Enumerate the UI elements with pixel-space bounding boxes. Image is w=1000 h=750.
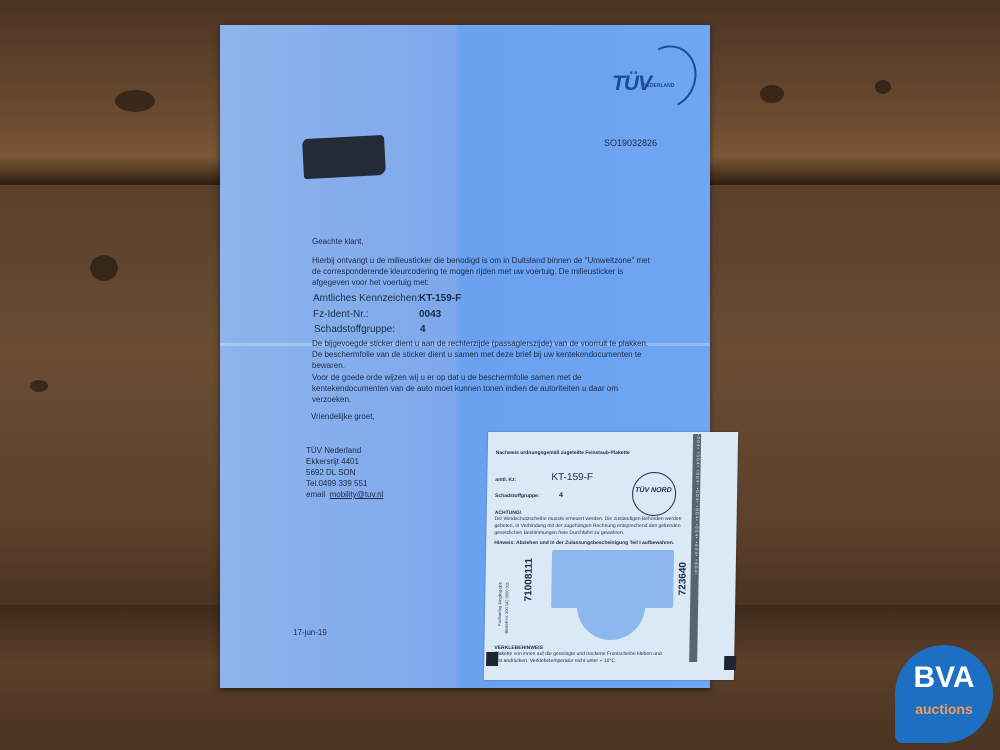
email-label: email bbox=[306, 490, 325, 499]
field-value-schadstoffgruppe: 4 bbox=[420, 324, 426, 335]
instructions-line: fest andrücken. Verklebetemperatur nicht… bbox=[494, 658, 661, 665]
instructions-text: Plakette von innen auf die gereinigte un… bbox=[494, 651, 662, 665]
reference-number: SO19032826 bbox=[604, 138, 657, 149]
tuv-nord-logo: TÜV NORD bbox=[632, 472, 677, 516]
bva-logo-subtext: auctions bbox=[895, 701, 993, 717]
sticker-instructions-paragraph: De bijgevoegde sticker dient u aan de re… bbox=[312, 338, 648, 371]
bva-auctions-watermark: BVA auctions bbox=[895, 645, 993, 743]
publisher: Fachverlag Jüngling-gbb bbox=[497, 582, 503, 626]
warning-text: Die Windschutzscheibe musste erneuert we… bbox=[494, 516, 681, 537]
warning-line: Die Windschutzscheibe musste erneuert we… bbox=[495, 516, 682, 523]
registration-square bbox=[724, 656, 736, 670]
plakette-cutout-round bbox=[577, 582, 646, 640]
field-value-kennzeichen: KT-159-F bbox=[419, 293, 461, 304]
field-label-ident: Fz-Ident-Nr.: bbox=[313, 309, 369, 320]
intro-line: afgegeven voor het voertuig met: bbox=[312, 277, 650, 288]
bva-logo-text: BVA bbox=[895, 661, 993, 695]
field-value-ident: 0043 bbox=[419, 309, 441, 320]
wood-knot bbox=[30, 380, 48, 392]
paragraph-line: De beschermfolie van de sticker dient u … bbox=[312, 349, 648, 360]
registration-square bbox=[486, 652, 498, 666]
wood-knot bbox=[875, 80, 891, 94]
tuv-nord-logo-text: TÜV NORD bbox=[635, 487, 672, 494]
sticker-hint: Hinweis: Abziehen und in der Zulassungsb… bbox=[494, 540, 674, 547]
intro-line: de corresponderende kleurcodering te mog… bbox=[312, 266, 650, 277]
sticker-title: Nachweis ordnungsgemäß zugeteilte Feinst… bbox=[496, 450, 630, 457]
field-label-schadstoffgruppe: Schadstoffgruppe: bbox=[314, 324, 395, 335]
redacted-address-block bbox=[302, 135, 386, 179]
serial-left: 71008111 bbox=[523, 558, 535, 601]
salutation: Geachte klant, bbox=[312, 236, 364, 247]
address-line: 5692 DL SON bbox=[306, 467, 383, 478]
wood-knot bbox=[760, 85, 784, 103]
serial-right: 723640 bbox=[677, 562, 689, 595]
email-link[interactable]: mobility@tuv.nl bbox=[330, 490, 384, 499]
closing: Vriendelijke groet, bbox=[311, 411, 375, 422]
wood-knot bbox=[115, 90, 155, 112]
address-line: Tel.0499 339 551 bbox=[306, 478, 383, 489]
warning-line: gebeten, in Verbindung mit der zugehörig… bbox=[494, 523, 681, 530]
letter-date: 17-jun-19 bbox=[293, 627, 327, 638]
sticker-group-value: 4 bbox=[559, 492, 563, 499]
tuv-logo-subtitle: NEDERLAND bbox=[643, 83, 674, 89]
order-number: Bestell-Nr. 100 142 0000 011 bbox=[504, 582, 510, 634]
address-line: TÜV Nederland bbox=[306, 445, 383, 456]
field-label-kennzeichen: Amtliches Kennzeichen: bbox=[313, 293, 420, 304]
address-line: Ekkersrijt 4401 bbox=[306, 456, 383, 467]
sticker-kz-value: KT-159-F bbox=[551, 472, 593, 484]
notice-paragraph: Voor de goede orde wijzen wij u er op da… bbox=[312, 372, 618, 405]
intro-line: Hierbij ontvangt u de milieusticker die … bbox=[312, 255, 650, 266]
sg4-strip: •SG4• •SG4• •SG4• •SG4• •SG4• •SG4• •SG4… bbox=[689, 434, 701, 662]
sender-address: TÜV Nederland Ekkersrijt 4401 5692 DL SO… bbox=[306, 445, 383, 500]
paragraph-line: bewaren. bbox=[312, 360, 648, 371]
wood-knot bbox=[90, 255, 118, 281]
paragraph-line: Voor de goede orde wijzen wij u er op da… bbox=[312, 372, 618, 383]
paragraph-line: kentekendocumenten van de auto moet kunn… bbox=[312, 383, 618, 394]
warning-line: gesetzlichen Bestimmungen freie Durchfah… bbox=[494, 530, 681, 537]
sticker-kz-label: amtl. Kz: bbox=[495, 477, 516, 484]
intro-paragraph: Hierbij ontvangt u de milieusticker die … bbox=[312, 255, 650, 288]
paragraph-line: verzoeken. bbox=[312, 394, 618, 405]
sticker-group-label: Schadstoffgruppe: bbox=[495, 493, 540, 500]
instructions-line: Plakette von innen auf die gereinigte un… bbox=[494, 651, 661, 658]
paragraph-line: De bijgevoegde sticker dient u aan de re… bbox=[312, 338, 648, 349]
feinstaub-plakette-carrier: Nachweis ordnungsgemäß zugeteilte Feinst… bbox=[484, 432, 738, 680]
